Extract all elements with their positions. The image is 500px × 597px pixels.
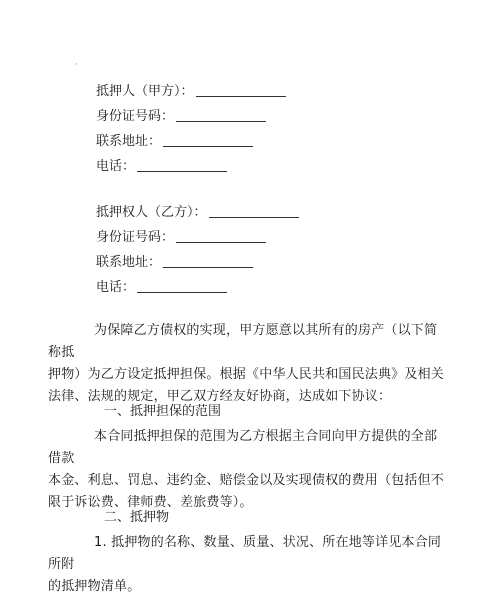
- party-a-name-blank[interactable]: [196, 95, 286, 97]
- party-a-address-blank[interactable]: [163, 145, 253, 147]
- party-b-title: 抵押权人（乙方）：: [96, 205, 207, 221]
- section-2-body: 1. 抵押物的名称、数量、质量、状况、所在地等详见本合同所附 的抵押物清单。: [48, 532, 448, 597]
- party-b-name-blank[interactable]: [209, 216, 299, 218]
- party-a-address-row: 联系地址：: [96, 134, 253, 150]
- party-b-id-blank[interactable]: [176, 241, 266, 243]
- section-2-heading: 二、抵押物: [104, 510, 169, 526]
- party-b-id-label: 身份证号码：: [96, 230, 174, 246]
- section-1-line-1: 本合同抵押担保的范围为乙方根据主合同向甲方提供的全部借款: [48, 429, 437, 466]
- document-page: · 抵押人（甲方）： 身份证号码： 联系地址： 电话： 抵押权人（乙方）： 身份…: [0, 0, 500, 597]
- party-a-id-row: 身份证号码：: [96, 109, 266, 125]
- party-a-title-row: 抵押人（甲方）：: [96, 84, 286, 100]
- party-b-id-row: 身份证号码：: [96, 230, 266, 246]
- section-1-heading: 一、抵押担保的范围: [104, 404, 221, 420]
- section-2-line-1: 1. 抵押物的名称、数量、质量、状况、所在地等详见本合同所附: [48, 535, 441, 572]
- party-b-title-row: 抵押权人（乙方）：: [96, 205, 299, 221]
- intro-paragraph: 为保障乙方债权的实现，甲方愿意以其所有的房产（以下简称抵 押物）为乙方设定抵押担…: [48, 320, 448, 408]
- party-b-address-blank[interactable]: [163, 266, 253, 268]
- party-b-phone-row: 电话：: [96, 280, 227, 296]
- party-a-phone-row: 电话：: [96, 159, 227, 175]
- party-a-phone-label: 电话：: [96, 159, 135, 175]
- intro-line-2: 押物）为乙方设定抵押担保。根据《中华人民共和国民法典》及相关: [48, 364, 448, 386]
- party-b-phone-label: 电话：: [96, 280, 135, 296]
- party-a-id-blank[interactable]: [176, 120, 266, 122]
- party-a-title: 抵押人（甲方）：: [96, 84, 194, 100]
- party-a-address-label: 联系地址：: [96, 134, 161, 150]
- party-b-phone-blank[interactable]: [137, 291, 227, 293]
- party-a-phone-blank[interactable]: [137, 170, 227, 172]
- page-marker: ·: [75, 60, 78, 70]
- party-a-id-label: 身份证号码：: [96, 109, 174, 125]
- party-b-address-label: 联系地址：: [96, 255, 161, 271]
- party-b-address-row: 联系地址：: [96, 255, 253, 271]
- intro-line-1: 为保障乙方债权的实现，甲方愿意以其所有的房产（以下简称抵: [48, 323, 437, 360]
- section-1-line-2: 本金、利息、罚息、违约金、赔偿金以及实现债权的费用（包括但不: [48, 470, 448, 492]
- section-1-body: 本合同抵押担保的范围为乙方根据主合同向甲方提供的全部借款 本金、利息、罚息、违约…: [48, 426, 448, 514]
- section-2-line-2: 的抵押物清单。: [48, 576, 448, 597]
